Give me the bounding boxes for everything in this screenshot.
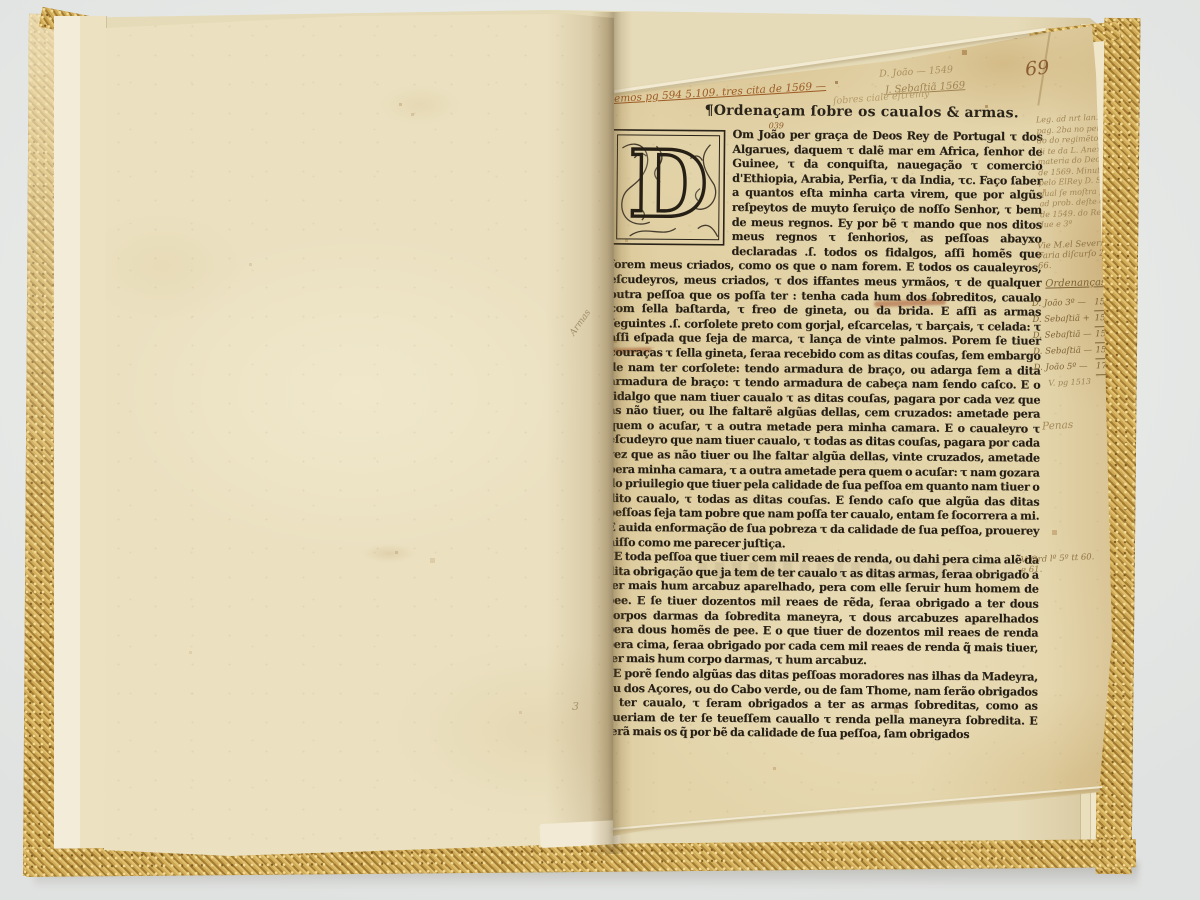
ordinance-king: D. João 5º — (1033, 360, 1087, 377)
folio-number: 69 (1024, 56, 1050, 80)
page-content: 69 D. João — 1549 J. Sebaſtiã 1569 Lemos… (594, 12, 1123, 849)
marginalia-ordination-ref: V. Ord lº 5º tt 60. e 61. (1020, 552, 1101, 575)
marginalia-penas: Penas (1042, 419, 1074, 433)
book-photograph: 69 D. João — 1549 J. Sebaſtiã 1569 Lemos… (0, 0, 1200, 900)
body-paragraph-2: ¶E toda peſſoa que tiuer cem mil reaes d… (606, 549, 1039, 670)
left-blank-vellum-page (100, 12, 616, 858)
marginalia-line: e 61. (1021, 562, 1101, 575)
marginalia-ordenancas-header: Ordenanças (1045, 277, 1106, 290)
drop-cap-letter: D (628, 130, 709, 239)
marginalia-severim-note: Vie M.el Severim de Faria diſcurſo 2 pg … (1037, 238, 1112, 271)
body-paragraph-3: ¶E porẽ ſendo algũas das ditas peſſoas m… (605, 666, 1038, 743)
page-title: ¶Ordenaçam ſobre os caualos & armas. (667, 102, 1057, 121)
marginalia-page-ref: V. pg 1513 (1048, 377, 1091, 388)
marginalia-line: 66. (1038, 258, 1112, 271)
vellum-texture (100, 12, 616, 858)
ordinance-king: D. Sebaſtiã — (1033, 343, 1092, 361)
margin-digit: 3 (572, 700, 579, 713)
body-text-column: D Om João per graça de Deos Rey de Portu… (605, 126, 1042, 743)
marginalia-top-kings-note: D. João — 1549 (879, 64, 953, 79)
ordinance-king: D. João 3º — (1032, 296, 1086, 313)
flyleaf-edge (80, 16, 107, 856)
ordinance-king: D. Sebaſtiã + (1032, 311, 1090, 328)
flyleaf-edge (54, 16, 81, 854)
right-printed-page: 69 D. João — 1549 J. Sebaſtiã 1569 Lemos… (598, 14, 1120, 846)
gutter-fold-shadow (590, 12, 632, 854)
ordinance-king: D. Sebaſtiã — (1033, 327, 1092, 345)
